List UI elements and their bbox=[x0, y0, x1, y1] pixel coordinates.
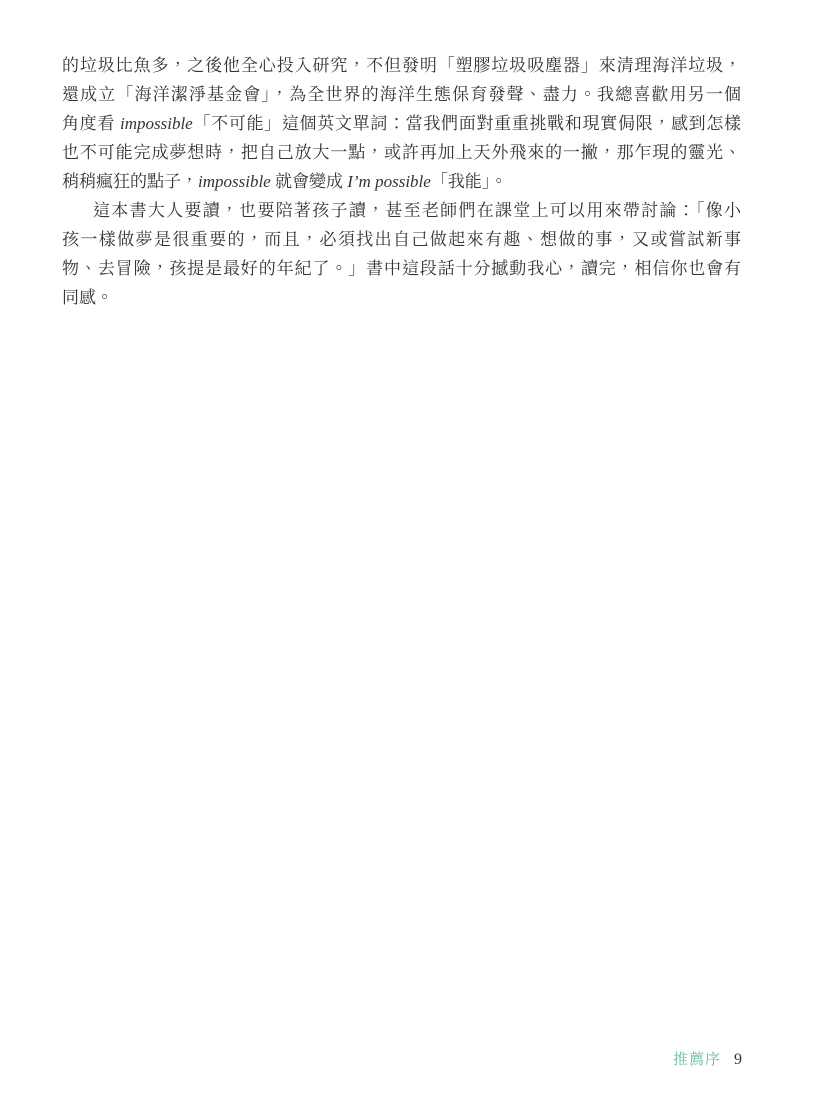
paragraph: 這本書大人要讀，也要陪著孩子讀，甚至老師們在課堂上可以用來帶討論：「像小孩一樣做… bbox=[62, 196, 741, 312]
cjk-text: 的垃圾比魚多，之後他全心投入研究，不但發明「塑膠垃圾吸塵器」來清理海洋垃圾， bbox=[62, 56, 741, 75]
page-footer: 推薦序 9 bbox=[0, 1048, 742, 1069]
cjk-text: 「不可能」這個英文單詞：當我們面對重重挑戰和現實侷限，感到怎樣 bbox=[193, 114, 741, 133]
text-line: 稍稍瘋狂的點子，impossible 就會變成 I’m possible「我能」… bbox=[62, 167, 741, 196]
cjk-text: 這本書大人要讀，也要陪著孩子讀，甚至老師們在課堂上可以用來帶討論：「像小 bbox=[93, 201, 741, 220]
latin-italic-text: I’m possible bbox=[347, 172, 431, 191]
text-line: 還成立「海洋潔淨基金會」，為全世界的海洋生態保育發聲、盡力。我總喜歡用另一個 bbox=[62, 80, 741, 109]
latin-italic-text: impossible bbox=[120, 114, 193, 133]
cjk-text: 同感。 bbox=[62, 288, 113, 307]
text-line: 的垃圾比魚多，之後他全心投入研究，不但發明「塑膠垃圾吸塵器」來清理海洋垃圾， bbox=[62, 51, 741, 80]
cjk-text: 也不可能完成夢想時，把自己放大一點，或許再加上天外飛來的一撇，那乍現的靈光、 bbox=[62, 143, 741, 162]
cjk-text: 稍稍瘋狂的點子， bbox=[62, 172, 198, 191]
body-text: 的垃圾比魚多，之後他全心投入研究，不但發明「塑膠垃圾吸塵器」來清理海洋垃圾，還成… bbox=[62, 51, 741, 312]
footer-page-number: 9 bbox=[734, 1051, 742, 1069]
cjk-text: 角度看 bbox=[62, 114, 120, 133]
latin-italic-text: impossible bbox=[198, 172, 271, 191]
cjk-text: 就會變成 bbox=[271, 172, 348, 191]
paragraph: 的垃圾比魚多，之後他全心投入研究，不但發明「塑膠垃圾吸塵器」來清理海洋垃圾，還成… bbox=[62, 51, 741, 196]
cjk-text: 物、去冒險，孩提是最好的年紀了。」書中這段話十分撼動我心，讀完，相信你也會有 bbox=[62, 259, 741, 278]
cjk-text: 孩一樣做夢是很重要的，而且，必須找出自己做起來有趣、想做的事，又或嘗試新事 bbox=[62, 230, 741, 249]
cjk-text: 「我能」。 bbox=[431, 172, 508, 191]
text-line: 孩一樣做夢是很重要的，而且，必須找出自己做起來有趣、想做的事，又或嘗試新事 bbox=[62, 225, 741, 254]
cjk-text: 還成立「海洋潔淨基金會」，為全世界的海洋生態保育發聲、盡力。我總喜歡用另一個 bbox=[62, 85, 741, 104]
book-page: 的垃圾比魚多，之後他全心投入研究，不但發明「塑膠垃圾吸塵器」來清理海洋垃圾，還成… bbox=[0, 0, 813, 1100]
text-line: 同感。 bbox=[62, 283, 741, 312]
text-line: 這本書大人要讀，也要陪著孩子讀，甚至老師們在課堂上可以用來帶討論：「像小 bbox=[62, 196, 741, 225]
text-line: 物、去冒險，孩提是最好的年紀了。」書中這段話十分撼動我心，讀完，相信你也會有 bbox=[62, 254, 741, 283]
footer-section-label: 推薦序 bbox=[673, 1048, 721, 1069]
text-line: 也不可能完成夢想時，把自己放大一點，或許再加上天外飛來的一撇，那乍現的靈光、 bbox=[62, 138, 741, 167]
text-line: 角度看 impossible「不可能」這個英文單詞：當我們面對重重挑戰和現實侷限… bbox=[62, 109, 741, 138]
